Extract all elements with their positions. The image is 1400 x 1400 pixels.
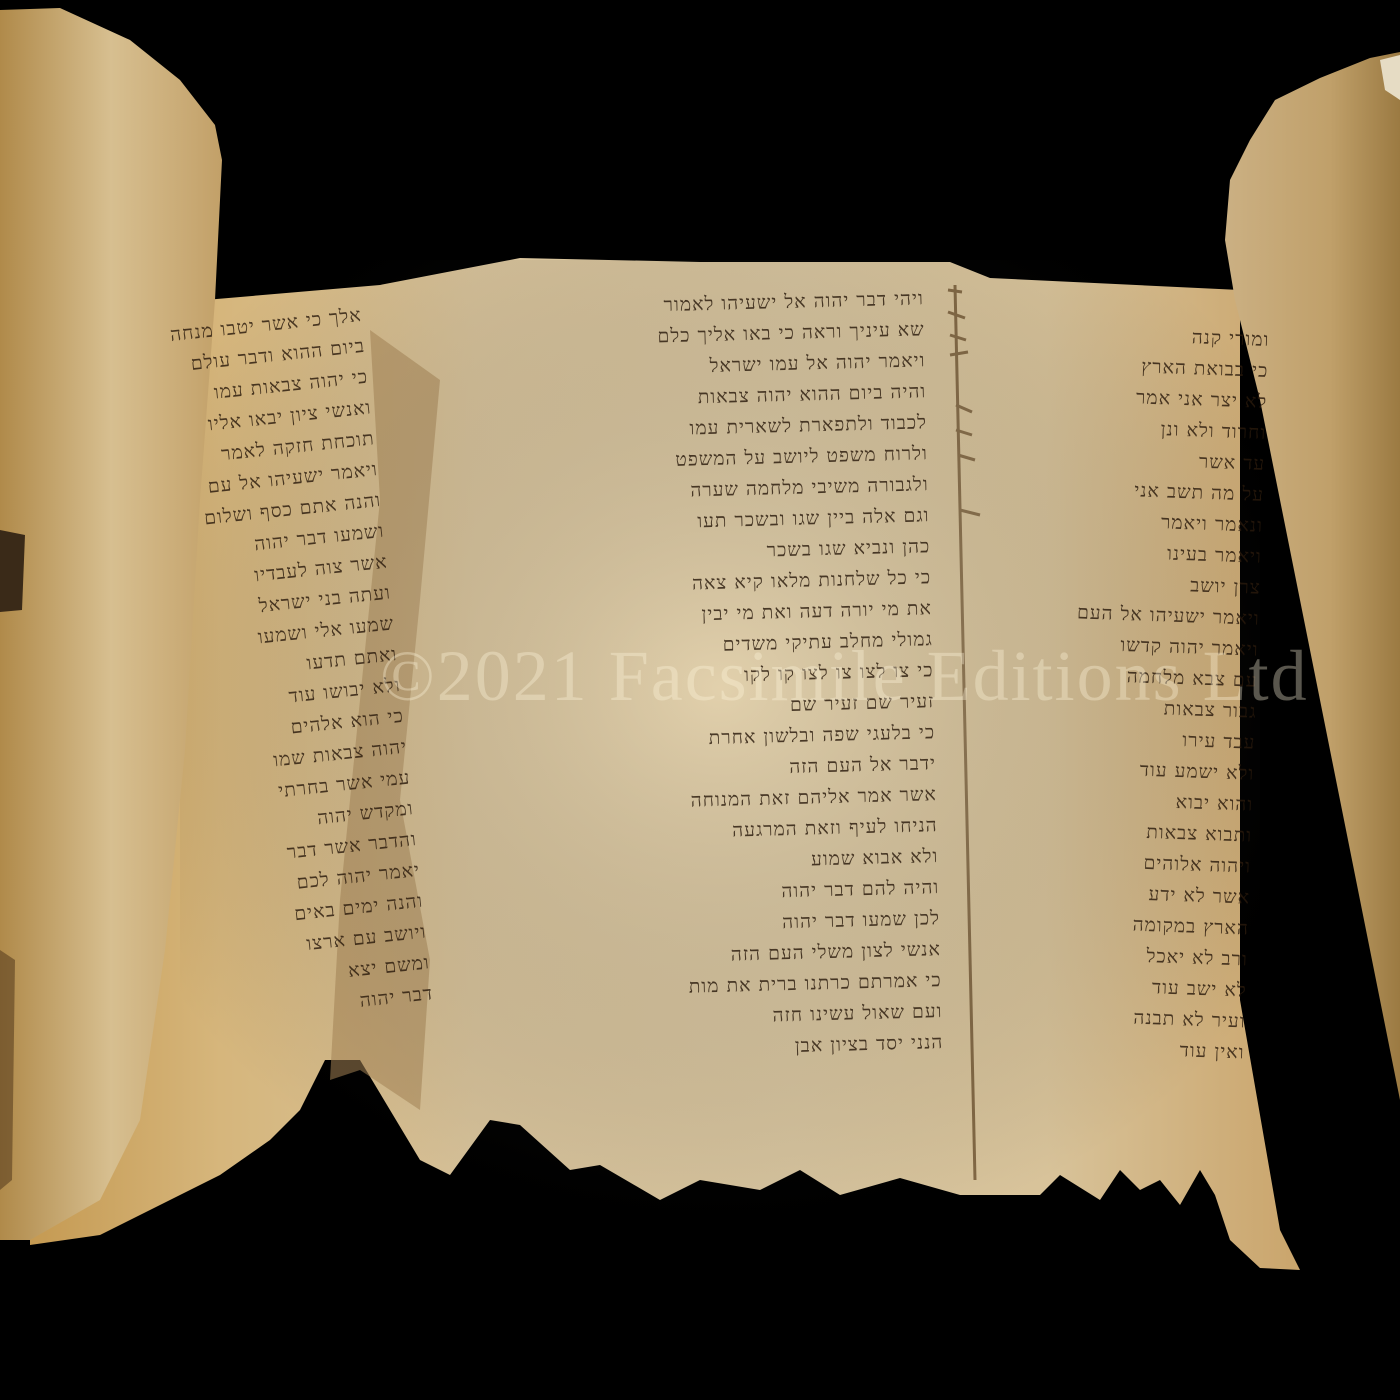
scroll-photo: אלך כי אשר יטבו מנחה ביום ההוא ודבר עולם… (0, 0, 1400, 1400)
copyright-watermark: ©2021 Facsimile Editions Ltd (380, 635, 1309, 718)
text-column-right: ומורי קנה כי בבואת הארץ לא יצר אני אמר ו… (970, 316, 1270, 1185)
left-roll-hole (0, 530, 25, 612)
text-column-middle: ויהי דבר יהוה אל ישעיהו לאמור שא עיניך ו… (404, 283, 947, 1176)
